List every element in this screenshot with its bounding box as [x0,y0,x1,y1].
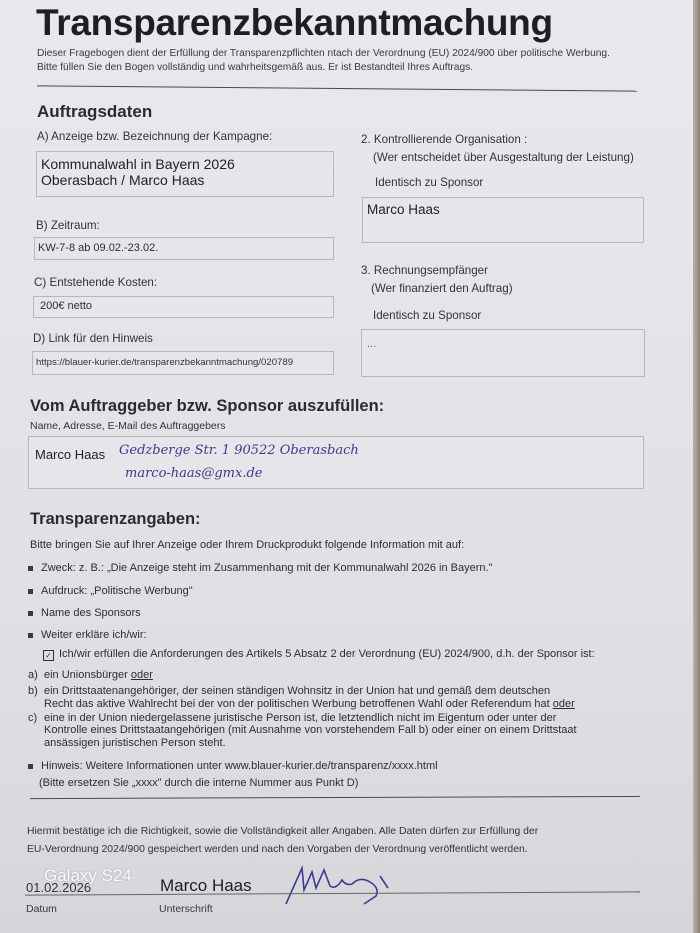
sponsor-address-handwritten: Gedzberge Str. 1 90522 Oberasbach [119,443,359,458]
label-kontroll-org: 2. Kontrollierende Organisation : [361,133,527,146]
kosten-value: 200€ netto [40,300,92,312]
divider [37,85,637,91]
checkbox-row: ✓Ich/wir erfüllen die Anforderungen des … [43,648,595,661]
kosten-field[interactable]: 200€ netto [33,296,334,318]
sponsor-conditions: a) ein Unionsbürger oder b) ein Drittsta… [28,669,658,749]
intro-line: Bitte füllen Sie den Bogen vollständig u… [37,61,657,75]
section-heading-auftragsdaten: Auftragsdaten [37,102,152,122]
condition-a: a) ein Unionsbürger oder [28,669,658,683]
link-field[interactable]: https://blauer-kurier.de/transparenzbeka… [32,351,334,375]
rechnungsempfaenger-identisch: Identisch zu Sponsor [373,309,481,322]
transparenz-intro: Bitte bringen Sie auf Ihrer Anzeige oder… [30,539,464,551]
sponsor-email-handwritten: marco-haas@gmx.de [125,466,262,481]
divider [30,796,640,799]
document-title: Transparenzbekanntmachung [36,2,553,44]
bullet-hinweis: Hinweis: Weitere Informationen unter www… [28,760,438,772]
condition-c: c) eine in der Union niedergelassene jur… [28,712,658,750]
bullet-aufdruck: Aufdruck: „Politische Werbung" [28,585,193,597]
bullet-erklaerung: Weiter erkläre ich/wir: [28,629,147,641]
document-page: Transparenzbekanntmachung Dieser Fragebo… [0,0,693,933]
sponsor-name: Marco Haas [35,447,105,462]
checkbox-text: Ich/wir erfüllen die Anforderungen des A… [59,648,595,660]
signature-label: Unterschrift [159,903,213,915]
rechnungsempfaenger-sub: (Wer finanziert den Auftrag) [371,282,513,295]
kampagne-field[interactable]: Kommunalwahl in Bayern 2026 Oberasbach /… [36,151,334,197]
kontroll-org-value: Marco Haas [367,202,440,217]
intro-text: Dieser Fragebogen dient der Erfüllung de… [37,47,657,75]
label-link: D) Link für den Hinweis [33,332,153,345]
sponsor-field[interactable]: Marco Haas Gedzberge Str. 1 90522 Oberas… [28,436,644,489]
article5-checkbox[interactable]: ✓ [43,650,54,661]
kontroll-org-field[interactable]: Marco Haas [362,197,644,243]
kampagne-value-line: Oberasbach / Marco Haas [41,172,235,188]
kontroll-org-identisch: Identisch zu Sponsor [375,176,483,189]
bullet-zweck: Zweck: z. B.: „Die Anzeige steht im Zusa… [28,562,492,574]
section-heading-sponsor: Vom Auftraggeber bzw. Sponsor auszufülle… [30,397,384,416]
kampagne-value-line: Kommunalwahl in Bayern 2026 [41,156,235,172]
zeitraum-field[interactable]: KW-7-8 ab 09.02.-23.02. [34,237,334,260]
section-heading-transparenz: Transparenzangaben: [30,510,201,529]
bullet-sponsor-name: Name des Sponsors [28,607,141,619]
camera-watermark: Galaxy S24 [44,866,132,886]
confirmation-text: Hiermit bestätige ich die Richtigkeit, s… [27,823,667,859]
kontroll-org-sub: (Wer entscheidet über Ausgestaltung der … [373,151,634,164]
zeitraum-value: KW-7-8 ab 09.02.-23.02. [38,242,158,254]
date-label: Datum [26,903,57,915]
link-value: https://blauer-kurier.de/transparenzbeka… [36,357,293,368]
label-zeitraum: B) Zeitraum: [36,219,100,232]
label-kosten: C) Entstehende Kosten: [34,276,157,289]
condition-b: b) ein Drittstaatenangehöriger, der sein… [28,685,658,712]
rechnungsempfaenger-field[interactable]: ... [361,329,645,377]
rechnungsempfaenger-value: ... [367,338,376,350]
label-sponsor-details: Name, Adresse, E-Mail des Auftraggebers [30,420,226,432]
hinweis-sub: (Bitte ersetzen Sie „xxxx" durch die int… [39,777,358,789]
label-rechnungsempfaenger: 3. Rechnungsempfänger [361,264,488,277]
page-edge [693,0,700,933]
intro-line: Dieser Fragebogen dient der Erfüllung de… [37,47,657,61]
label-kampagne: A) Anzeige bzw. Bezeichnung der Kampagne… [37,130,272,143]
signature-scribble-icon [280,860,405,910]
